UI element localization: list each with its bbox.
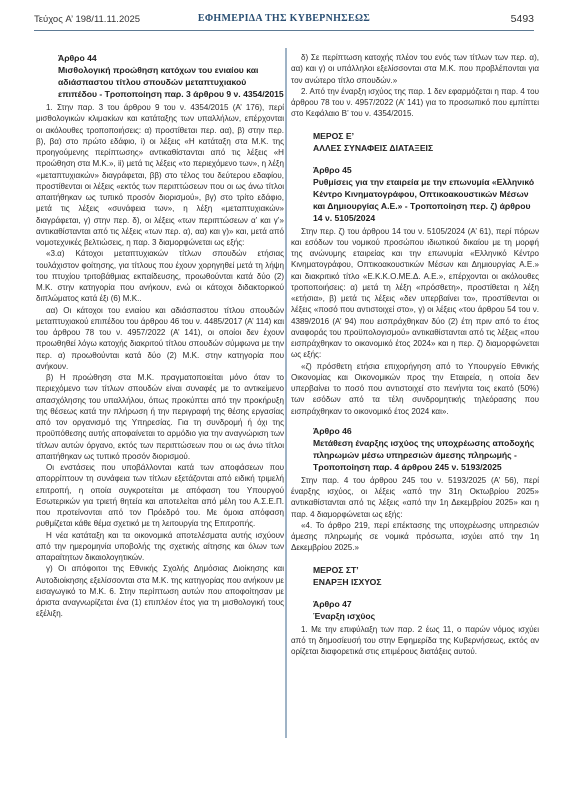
paragraph: «ζ) πρόσθετη ετήσια επιχορήγηση από το Υ… [291, 361, 539, 417]
right-column: δ) Σε περίπτωση κατοχής πλέον του ενός τ… [291, 52, 539, 657]
part-st-heading: ΜΕΡΟΣ ΣΤ’ ΕΝΑΡΞΗ ΙΣΧΥΟΣ [291, 564, 539, 588]
paragraph: Η νέα κατάταξη και τα οικονομικά αποτελέ… [36, 530, 284, 564]
article-title: Μετάθεση έναρξης ισχύος της υποχρέωσης α… [313, 437, 539, 473]
paragraph: «4. Το άρθρο 219, περί επέκτασης της υπο… [291, 520, 539, 554]
page-number: 5493 [511, 13, 534, 25]
paragraph: αα) Οι κάτοχοι του ενιαίου και αδιάσπαστ… [36, 305, 284, 373]
paragraph: 1. Στην παρ. 3 του άρθρου 9 του ν. 4354/… [36, 102, 284, 248]
column-divider [285, 48, 287, 738]
paragraph: Οι ενστάσεις που υποβάλλονται κατά των α… [36, 462, 284, 530]
article-title: Μισθολογική προώθηση κατόχων του ενιαίου… [58, 64, 284, 100]
article-45-heading: Άρθρο 45 Ρυθμίσεις για την εταιρεία με τ… [291, 164, 539, 224]
paragraph: 2. Από την έναρξη ισχύος της παρ. 1 δεν … [291, 86, 539, 120]
part-e-heading: ΜΕΡΟΣ Ε’ ΑΛΛΕΣ ΣΥΝΑΦΕΙΣ ΔΙΑΤΑΞΕΙΣ [291, 130, 539, 154]
article-number: Άρθρο 47 [313, 598, 539, 610]
part-title: ΕΝΑΡΞΗ ΙΣΧΥΟΣ [313, 576, 539, 588]
gazette-title: ΕΦΗΜΕΡΙΔΑ ΤΗΣ ΚΥΒΕΡΝΗΣΕΩΣ [34, 13, 534, 24]
article-number: Άρθρο 45 [313, 164, 539, 176]
paragraph: γ) Οι απόφοιτοι της Εθνικής Σχολής Δημόσ… [36, 563, 284, 619]
part-number: ΜΕΡΟΣ ΣΤ’ [313, 564, 539, 576]
paragraph: 1. Με την επιφύλαξη των παρ. 2 έως 11, ο… [291, 624, 539, 658]
paragraph: β) Η προώθηση στα Μ.Κ. πραγματοποιείται … [36, 372, 284, 462]
article-title: Ρυθμίσεις για την εταιρεία με την επωνυμ… [313, 176, 539, 224]
paragraph: δ) Σε περίπτωση κατοχής πλέον του ενός τ… [291, 52, 539, 86]
paragraph: Στην παρ. 4 του άρθρου 245 του ν. 5193/2… [291, 475, 539, 520]
article-number: Άρθρο 44 [58, 52, 284, 64]
article-title: Έναρξη ισχύος [313, 610, 539, 622]
paragraph: «3.α) Κάτοχοι μεταπτυχιακών τίτλων σπουδ… [36, 248, 284, 304]
article-number: Άρθρο 46 [313, 425, 539, 437]
part-number: ΜΕΡΟΣ Ε’ [313, 130, 539, 142]
page-header: Τεύχος A’ 198/11.11.2025 ΕΦΗΜΕΡΙΔΑ ΤΗΣ Κ… [34, 10, 534, 31]
article-44-heading: Άρθρο 44 Μισθολογική προώθηση κατόχων το… [36, 52, 284, 100]
article-47-heading: Άρθρο 47 Έναρξη ισχύος [291, 598, 539, 622]
part-title: ΑΛΛΕΣ ΣΥΝΑΦΕΙΣ ΔΙΑΤΑΞΕΙΣ [313, 142, 539, 154]
paragraph: Στην περ. ζ) του άρθρου 14 του ν. 5105/2… [291, 226, 539, 361]
article-46-heading: Άρθρο 46 Μετάθεση έναρξης ισχύος της υπο… [291, 425, 539, 473]
left-column: Άρθρο 44 Μισθολογική προώθηση κατόχων το… [36, 52, 284, 620]
